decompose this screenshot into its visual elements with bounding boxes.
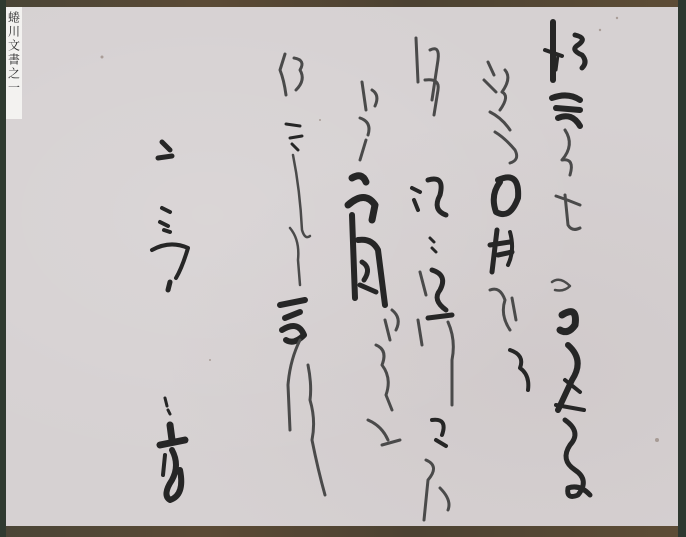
date-column (152, 142, 188, 290)
calligraphy-ink (0, 0, 686, 537)
column-2 (484, 62, 528, 390)
column-3 (412, 38, 453, 520)
column-5 (280, 54, 325, 495)
column-4 (348, 82, 400, 445)
signature (160, 398, 185, 500)
column-1 (545, 22, 590, 496)
